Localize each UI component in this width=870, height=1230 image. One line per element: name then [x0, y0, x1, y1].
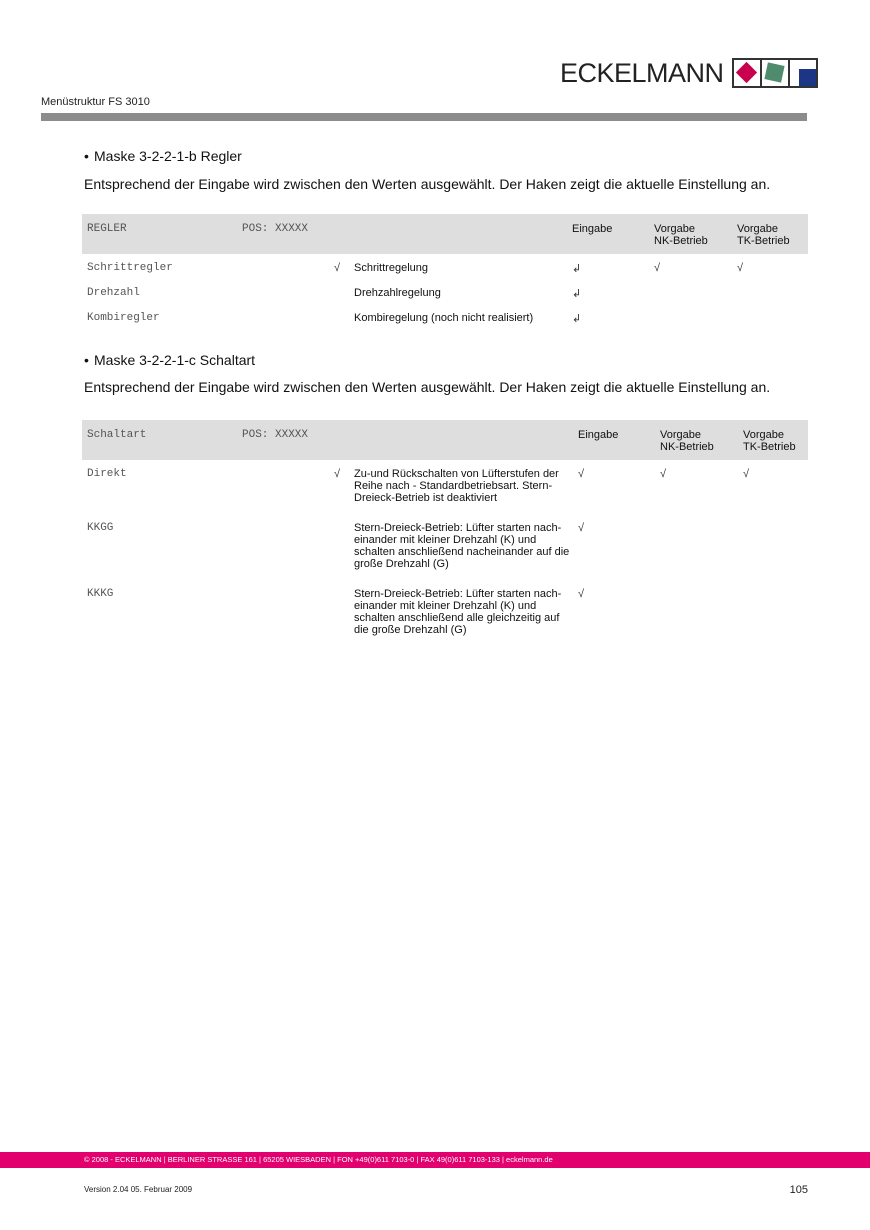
row-description: Schrittregelung — [354, 254, 572, 279]
header-divider — [41, 113, 807, 121]
logo-box-green — [762, 60, 790, 86]
table-row[interactable]: Schrittregler √ Schrittregelung ↲ √ √ — [82, 254, 808, 279]
table-header-row: REGLER POS: XXXXX Eingabe VorgabeNK-Betr… — [82, 214, 808, 254]
section-description-regler: Entsprechend der Eingabe wird zwischen d… — [84, 176, 770, 192]
header-schaltart: Schaltart — [82, 420, 242, 460]
enter-icon: ↲ — [572, 304, 654, 329]
footer-contact: © 2008 - ECKELMANN | BERLINER STRASSE 16… — [84, 1155, 553, 1164]
table-row[interactable]: KKKG Stern-Dreieck-Betrieb: Lüfter start… — [82, 580, 808, 646]
selected-check-icon — [242, 304, 354, 329]
header-tk-betrieb: VorgabeTK-Betrieb — [737, 214, 808, 254]
eingabe-check-icon: √ — [578, 580, 660, 646]
nk-check-icon — [654, 304, 737, 329]
table-row[interactable]: KKGG Stern-Dreieck-Betrieb: Lüfter start… — [82, 514, 808, 580]
header-tk-betrieb: VorgabeTK-Betrieb — [743, 420, 808, 460]
header-blank — [354, 420, 578, 460]
eingabe-check-icon: √ — [578, 514, 660, 580]
navy-square-icon — [799, 69, 816, 86]
tk-check-icon — [743, 514, 808, 580]
regler-table: REGLER POS: XXXXX Eingabe VorgabeNK-Betr… — [82, 214, 808, 329]
green-square-icon — [764, 62, 784, 82]
table-row[interactable]: Drehzahl Drehzahlregelung ↲ — [82, 279, 808, 304]
eingabe-check-icon: √ — [578, 460, 660, 514]
header-pos: POS: XXXXX — [242, 214, 354, 254]
logo-box-magenta — [734, 60, 762, 86]
enter-icon: ↲ — [572, 279, 654, 304]
heading-text: Maske 3-2-2-1-c Schaltart — [94, 352, 255, 368]
logo-emblem — [732, 58, 818, 88]
header-nk-betrieb: VorgabeNK-Betrieb — [660, 420, 743, 460]
schaltart-table: Schaltart POS: XXXXX Eingabe VorgabeNK-B… — [82, 420, 808, 646]
row-description: Kombiregelung (noch nicht realisiert) — [354, 304, 572, 329]
tk-check-icon — [737, 279, 808, 304]
row-description: Drehzahlregelung — [354, 279, 572, 304]
section-description-schaltart: Entsprechend der Eingabe wird zwischen d… — [84, 379, 770, 395]
nk-check-icon: √ — [654, 254, 737, 279]
row-description: Stern-Dreieck-Betrieb: Lüfter starten na… — [354, 514, 578, 580]
header-eingabe: Eingabe — [578, 420, 660, 460]
row-name: Drehzahl — [82, 279, 242, 304]
row-description: Zu-und Rückschalten von Lüfterstufen der… — [354, 460, 578, 514]
tk-check-icon: √ — [737, 254, 808, 279]
page-number: 105 — [790, 1184, 808, 1196]
selected-check-icon — [242, 279, 354, 304]
section-heading-schaltart: •Maske 3-2-2-1-c Schaltart — [84, 352, 255, 368]
tk-check-icon — [737, 304, 808, 329]
selected-check-icon — [242, 580, 354, 646]
selected-check-icon — [242, 514, 354, 580]
tk-check-icon — [743, 580, 808, 646]
selected-check-icon: √ — [242, 460, 354, 514]
document-title: Menüstruktur FS 3010 — [41, 96, 150, 108]
nk-check-icon — [654, 279, 737, 304]
nk-check-icon — [660, 514, 743, 580]
header-nk-betrieb: VorgabeNK-Betrieb — [654, 214, 737, 254]
header-blank — [354, 214, 572, 254]
version-info: Version 2.04 05. Februar 2009 — [84, 1185, 192, 1194]
enter-icon: ↲ — [572, 254, 654, 279]
logo-box-navy — [790, 60, 816, 86]
nk-check-icon: √ — [660, 460, 743, 514]
selected-check-icon: √ — [242, 254, 354, 279]
header-regler: REGLER — [82, 214, 242, 254]
bullet-icon: • — [84, 148, 94, 164]
row-name: KKGG — [82, 514, 242, 580]
row-name: Kombiregler — [82, 304, 242, 329]
row-name: Direkt — [82, 460, 242, 514]
table-row[interactable]: Direkt √ Zu-und Rückschalten von Lüfters… — [82, 460, 808, 514]
row-description: Stern-Dreieck-Betrieb: Lüfter starten na… — [354, 580, 578, 646]
logo-text: ECKELMANN — [560, 57, 724, 89]
table-row[interactable]: Kombiregler Kombiregelung (noch nicht re… — [82, 304, 808, 329]
section-heading-regler: •Maske 3-2-2-1-b Regler — [84, 148, 242, 164]
nk-check-icon — [660, 580, 743, 646]
magenta-diamond-icon — [735, 62, 756, 83]
header-eingabe: Eingabe — [572, 214, 654, 254]
table-header-row: Schaltart POS: XXXXX Eingabe VorgabeNK-B… — [82, 420, 808, 460]
tk-check-icon: √ — [743, 460, 808, 514]
bullet-icon: • — [84, 352, 94, 368]
row-name: Schrittregler — [82, 254, 242, 279]
header-pos: POS: XXXXX — [242, 420, 354, 460]
eckelmann-logo: ECKELMANN — [560, 57, 818, 89]
row-name: KKKG — [82, 580, 242, 646]
heading-text: Maske 3-2-2-1-b Regler — [94, 148, 242, 164]
